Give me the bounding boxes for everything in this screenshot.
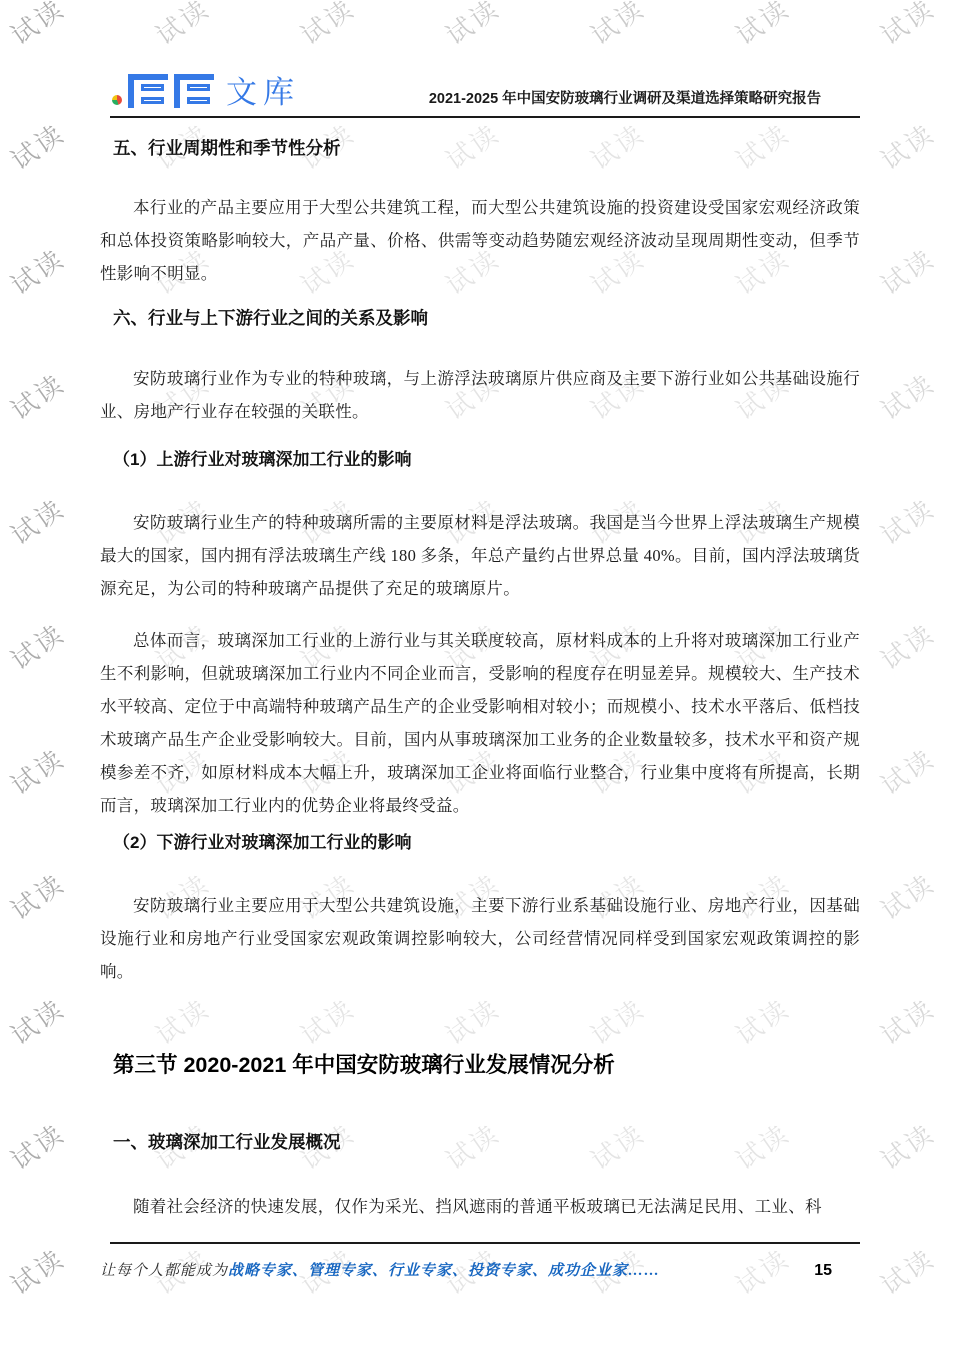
body-paragraph: 安防玻璃行业主要应用于大型公共建筑设施，主要下游行业系基础设施行业、房地产行业，… bbox=[100, 889, 860, 988]
watermark: 试读 bbox=[3, 739, 72, 803]
watermark: 试读 bbox=[873, 739, 942, 803]
watermark: 试读 bbox=[873, 864, 942, 928]
watermark: 试读 bbox=[3, 364, 72, 428]
report-title: 2021-2025 年中国安防玻璃行业调研及渠道选择策略研究报告 bbox=[300, 87, 860, 110]
logo-box-icon bbox=[128, 74, 168, 108]
header-divider bbox=[110, 116, 860, 118]
chapter-heading: 第三节 2020-2021 年中国安防玻璃行业发展情况分析 bbox=[100, 1050, 860, 1080]
content-column: 文库 2021-2025 年中国安防玻璃行业调研及渠道选择策略研究报告 五、行业… bbox=[100, 0, 860, 1223]
footer-slogan: 让每个人都能成为战略专家、管理专家、行业专家、投资专家、成功企业家…… bbox=[100, 1259, 660, 1280]
body-paragraph: 安防玻璃行业生产的特种玻璃所需的主要原材料是浮法玻璃。我国是当今世界上浮法玻璃生… bbox=[100, 506, 860, 605]
section-heading-5: 五、行业周期性和季节性分析 bbox=[100, 136, 860, 160]
watermark: 试读 bbox=[3, 0, 72, 52]
body-paragraph: 随着社会经济的快速发展，仅作为采光、挡风遮雨的普通平板玻璃已无法满足民用、工业、… bbox=[100, 1190, 860, 1223]
watermark: 试读 bbox=[3, 489, 72, 553]
watermark: 试读 bbox=[3, 114, 72, 178]
watermark: 试读 bbox=[873, 614, 942, 678]
page-footer: 让每个人都能成为战略专家、管理专家、行业专家、投资专家、成功企业家…… 15 bbox=[100, 1242, 860, 1280]
section-heading-6: 六、行业与上下游行业之间的关系及影响 bbox=[100, 306, 860, 330]
subsection-heading-1: （1）上游行业对玻璃深加工行业的影响 bbox=[100, 448, 860, 472]
logo-text: 文库 bbox=[226, 76, 300, 110]
footer-row: 让每个人都能成为战略专家、管理专家、行业专家、投资专家、成功企业家…… 15 bbox=[100, 1244, 860, 1280]
subsection-heading-2: （2）下游行业对玻璃深加工行业的影响 bbox=[100, 831, 860, 855]
body-paragraph: 本行业的产品主要应用于大型公共建筑工程，而大型公共建筑设施的投资建设受国家宏观经… bbox=[100, 191, 860, 290]
watermark: 试读 bbox=[873, 989, 942, 1053]
page-number: 15 bbox=[814, 1262, 860, 1280]
watermark: 试读 bbox=[873, 239, 942, 303]
footer-slogan-prefix: 让每个人都能成为 bbox=[100, 1263, 228, 1279]
logo-dot-icon bbox=[112, 95, 122, 105]
logo-box-icon bbox=[174, 74, 214, 108]
watermark: 试读 bbox=[873, 1114, 942, 1178]
watermark: 试读 bbox=[873, 114, 942, 178]
watermark: 试读 bbox=[3, 1239, 72, 1303]
section-heading-1: 一、玻璃深加工行业发展概况 bbox=[100, 1130, 860, 1154]
watermark: 试读 bbox=[3, 1114, 72, 1178]
watermark: 试读 bbox=[873, 489, 942, 553]
page-header: 文库 2021-2025 年中国安防玻璃行业调研及渠道选择策略研究报告 bbox=[100, 62, 860, 110]
document-page: 试读试读试读试读试读试读试读试读试读试读试读试读试读试读试读试读试读试读试读试读… bbox=[0, 0, 960, 1357]
logo: 文库 bbox=[100, 74, 300, 110]
watermark: 试读 bbox=[3, 614, 72, 678]
watermark: 试读 bbox=[873, 0, 942, 52]
watermark: 试读 bbox=[873, 364, 942, 428]
watermark: 试读 bbox=[3, 989, 72, 1053]
body-paragraph: 总体而言，玻璃深加工行业的上游行业与其关联度较高，原材料成本的上升将对玻璃深加工… bbox=[100, 624, 860, 822]
watermark: 试读 bbox=[3, 239, 72, 303]
body-paragraph: 安防玻璃行业作为专业的特种玻璃，与上游浮法玻璃原片供应商及主要下游行业如公共基础… bbox=[100, 362, 860, 428]
watermark: 试读 bbox=[3, 864, 72, 928]
footer-slogan-highlight: 战略专家、管理专家、行业专家、投资专家、成功企业家…… bbox=[228, 1263, 660, 1279]
watermark: 试读 bbox=[873, 1239, 942, 1303]
